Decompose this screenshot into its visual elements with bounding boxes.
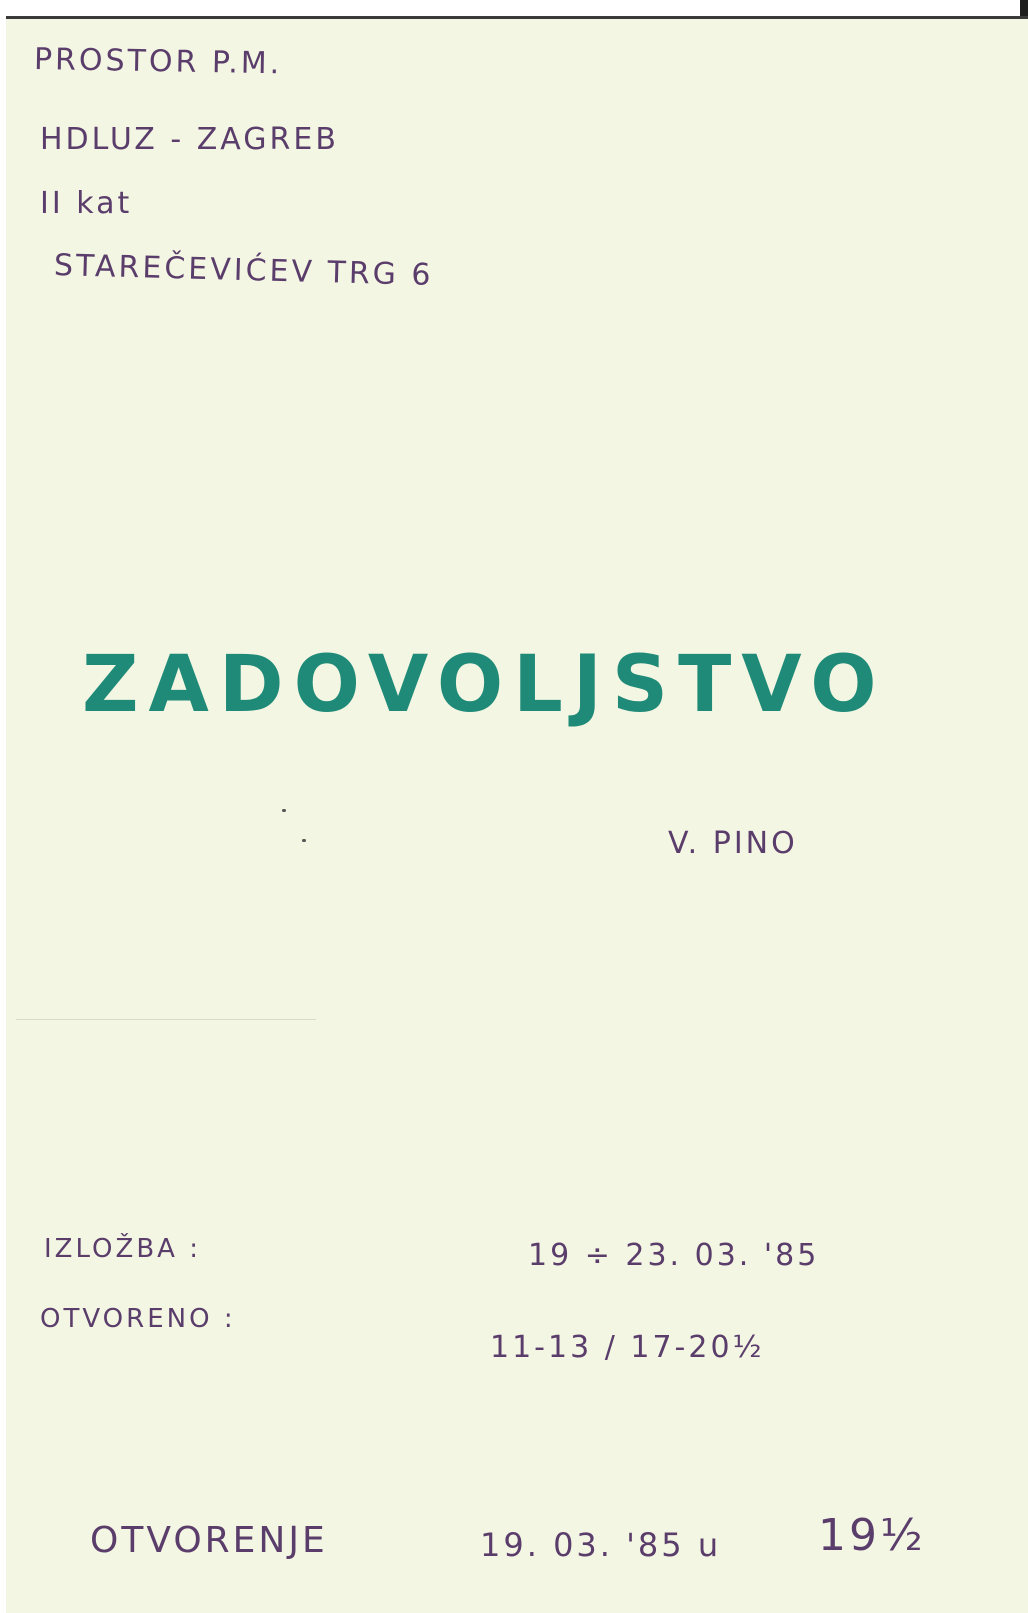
opening-date: 19. 03. '85 u [480,1526,721,1564]
exhibition-label: IZLOŽBA : [44,1234,201,1264]
paper-crease [16,1019,316,1020]
ink-speck [302,839,306,842]
hours-label: OTVORENO : [40,1304,236,1334]
opening-hours: 11-13 / 17-20½ [490,1330,765,1365]
opening-label: OTVORENJE [90,1520,328,1561]
exhibition-dates: 19 ÷ 23. 03. '85 [528,1238,819,1273]
ink-speck [282,809,286,812]
address-venue: PROSTOR P.M. [34,42,283,81]
exhibition-title: ZADOVOLJSTVO [82,640,887,730]
address-organization: HDLUZ - ZAGREB [40,122,339,157]
address-floor: II kat [40,186,132,221]
opening-time: 19½ [818,1510,926,1561]
artist-name: V. PINO [668,826,798,861]
